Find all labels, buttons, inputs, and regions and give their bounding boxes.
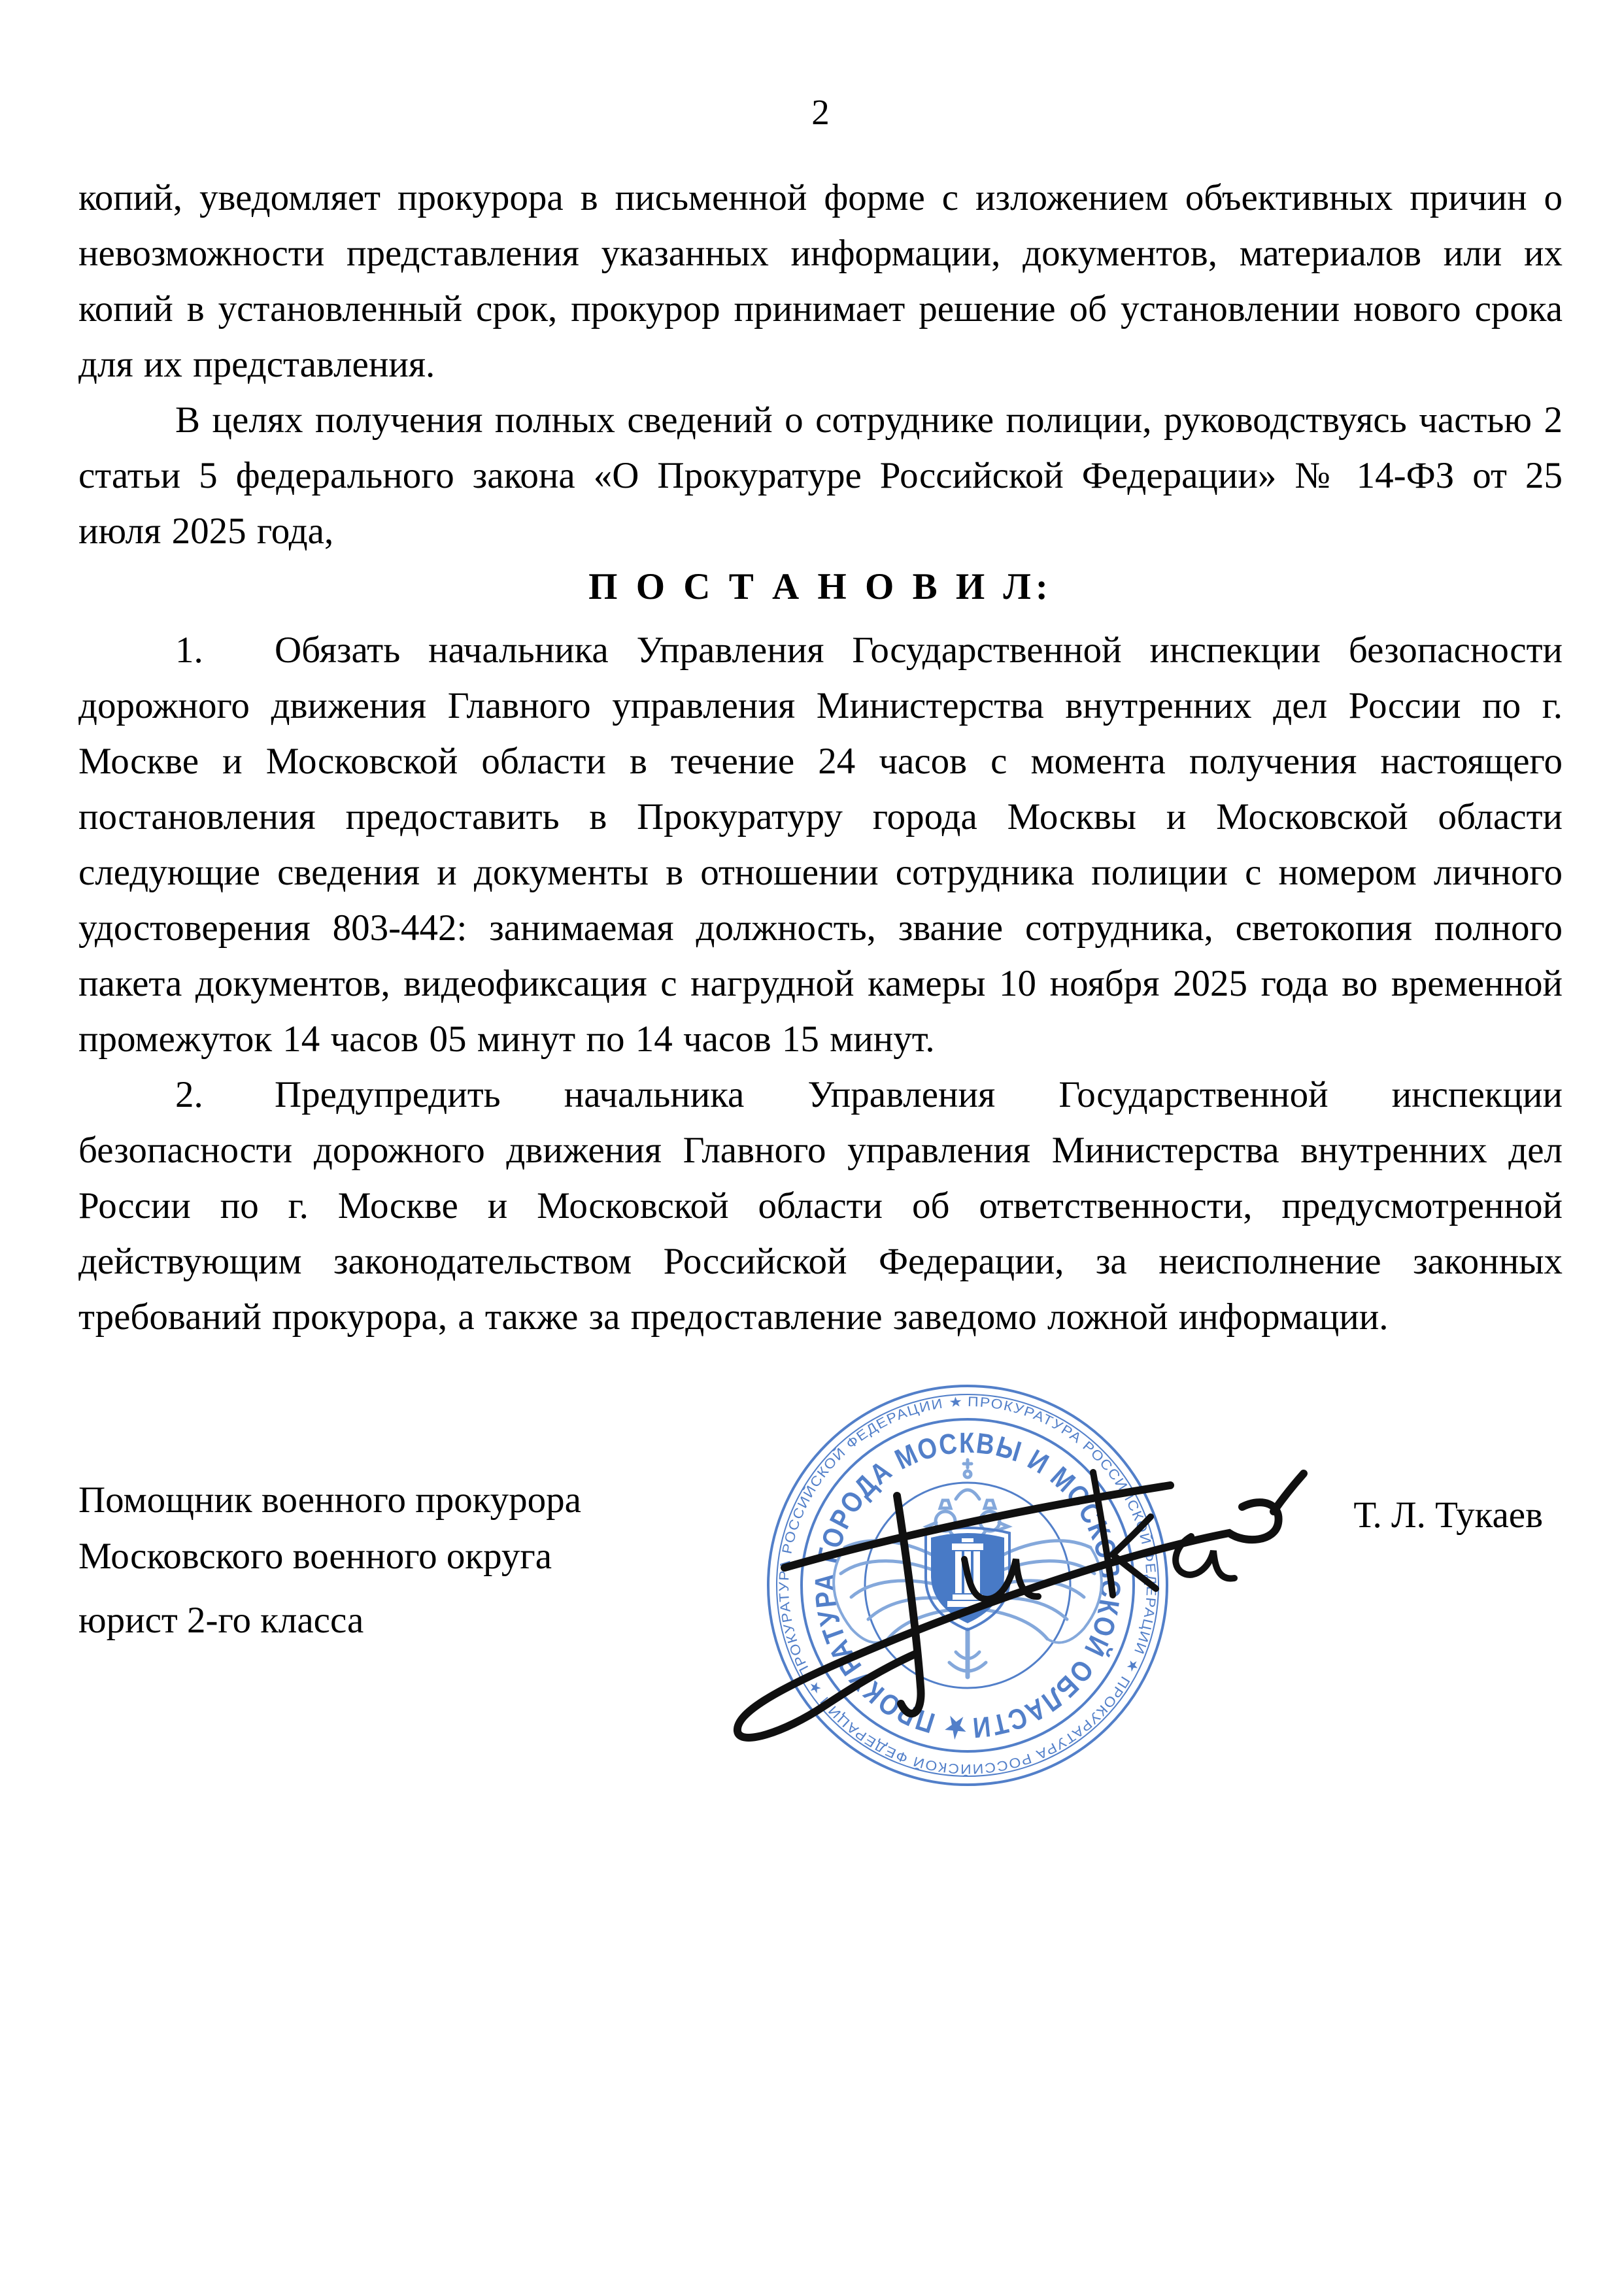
resolution-number-2: 2. [175, 1067, 275, 1122]
resolution-paragraph-1: 1.Обязать начальника Управления Государс… [78, 622, 1563, 1067]
resolution-number-1: 1. [175, 622, 275, 678]
document-content: 2 копий, уведомляет прокурора в письменн… [78, 93, 1563, 1345]
resolution-heading: П О С Т А Н О В И Л: [78, 559, 1563, 615]
body-paragraph-continuation: копий, уведомляет прокурора в письменной… [78, 170, 1563, 392]
signer-rank-line: юрист 2-го класса [78, 1593, 581, 1649]
signer-position-line: Помощник военного прокурора [78, 1472, 581, 1528]
signer-position: Помощник военного прокурора Московского … [78, 1472, 581, 1649]
signer-name: Т. Л. Тукаев [1353, 1496, 1543, 1535]
resolution-text-2: Предупредить начальника Управления Госуд… [78, 1074, 1563, 1338]
body-paragraph-preamble: В целях получения полных сведений о сотр… [78, 392, 1563, 559]
resolution-text-1: Обязать начальника Управления Государств… [78, 630, 1563, 1060]
signature-block: Помощник военного прокурора Московского … [78, 1373, 1563, 2027]
signer-position-line: Московского военного округа [78, 1528, 581, 1585]
document-page: 2 копий, уведомляет прокурора в письменн… [0, 0, 1624, 2294]
handwritten-signature [719, 1425, 1425, 1752]
resolution-paragraph-2: 2.Предупредить начальника Управления Гос… [78, 1067, 1563, 1345]
page-number: 2 [78, 93, 1563, 132]
